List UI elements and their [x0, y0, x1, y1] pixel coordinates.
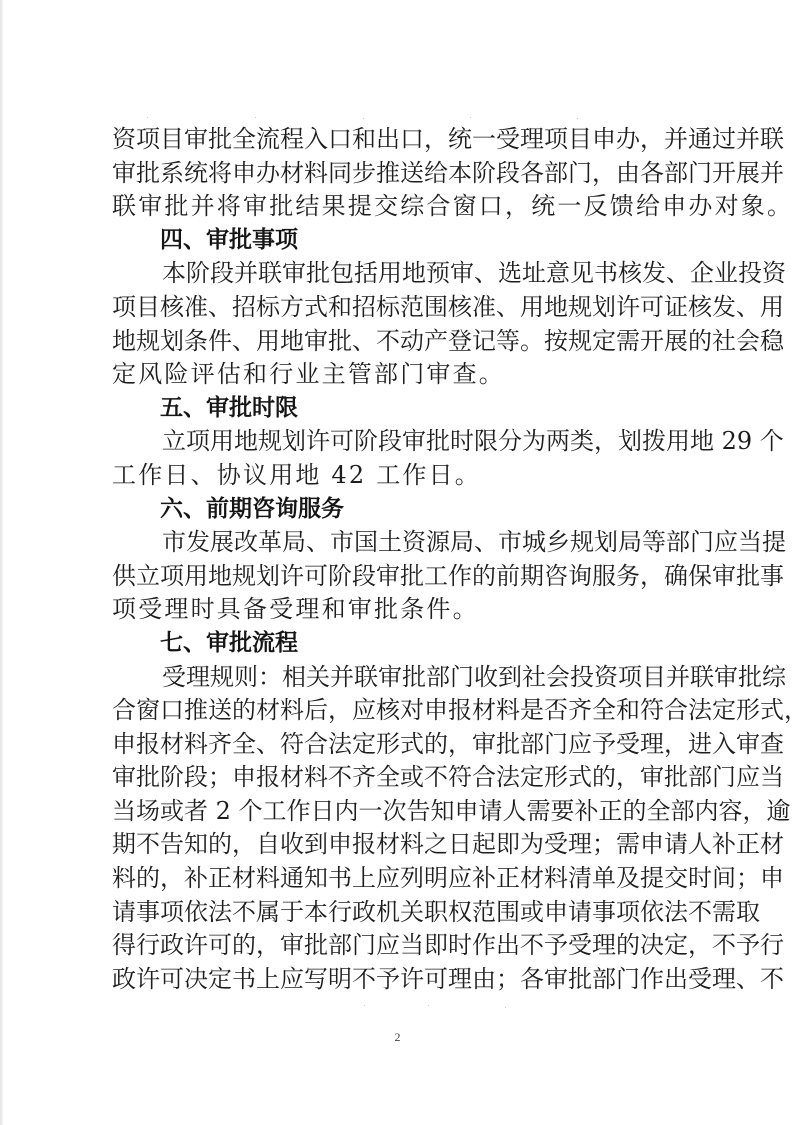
scan-speck: [577, 118, 578, 119]
text-line: 审批系统将申办材料同步推送给本阶段各部门，由各部门开展并: [112, 157, 692, 191]
scan-speck: [727, 805, 728, 806]
document-page: 资项目审批全流程入口和出口，统一受理项目申办，并通过并联 审批系统将申办材料同步…: [112, 123, 692, 996]
scan-speck: [147, 117, 148, 118]
page-number: 2: [0, 1030, 795, 1045]
text-line: 立项用地规划许可阶段审批时限分为两类，划拨用地 29 个: [112, 425, 692, 459]
text-line: 期不告知的，自收到申报材料之日起即为受理；需申请人补正材: [112, 828, 692, 862]
text-line: 请事项依法不属于本行政机关职权范围或申请事项依法不需取: [112, 896, 692, 930]
text-line: 地规划条件、用地审批、不动产登记等。按规定需开展的社会稳: [112, 325, 692, 359]
text-line: 受理规则：相关并联审批部门收到社会投资项目并联审批综: [112, 661, 692, 695]
section-approval-process: 七、审批流程 受理规则：相关并联审批部门收到社会投资项目并联审批综 合窗口推送的…: [112, 627, 692, 997]
section-approval-time-limit: 五、审批时限 立项用地规划许可阶段审批时限分为两类，划拨用地 29 个 工作日、…: [112, 392, 692, 493]
scan-speck: [470, 117, 471, 118]
scan-speck: [722, 712, 723, 713]
text-line: 工作日、协议用地 42 工作日。: [112, 459, 692, 493]
section-heading: 七、审批流程: [112, 627, 692, 661]
section-consulting-service: 六、前期咨询服务 市发展改革局、市国土资源局、市城乡规划局等部门应当提 供立项用…: [112, 493, 692, 627]
scan-speck: [505, 1007, 506, 1008]
text-line: 申报材料齐全、符合法定形式的，审批部门应予受理，进入审查: [112, 728, 692, 762]
scan-speck: [255, 117, 256, 118]
text-line: 项受理时具备受理和审批条件。: [112, 593, 692, 627]
scan-speck: [708, 768, 709, 769]
text-line: 市发展改革局、市国土资源局、市城乡规划局等部门应当提: [112, 526, 692, 560]
scan-edge-shadow: [0, 0, 3, 1125]
text-line: 项目核准、招标方式和招标范围核准、用地规划许可证核发、用: [112, 291, 692, 325]
text-line: 资项目审批全流程入口和出口，统一受理项目申办，并通过并联: [112, 123, 692, 157]
section-heading: 六、前期咨询服务: [112, 493, 692, 527]
text-line: 本阶段并联审批包括用地预审、选址意见书核发、企业投资: [112, 257, 692, 291]
section-approval-items: 四、审批事项 本阶段并联审批包括用地预审、选址意见书核发、企业投资 项目核准、招…: [112, 224, 692, 392]
scan-speck: [715, 686, 716, 687]
text-line: 当场或者 2 个工作日内一次告知申请人需要补正的全部内容，逾: [112, 795, 692, 829]
scan-speck: [364, 1005, 365, 1006]
scan-speck: [363, 118, 364, 119]
section-heading: 五、审批时限: [112, 392, 692, 426]
text-line: 供立项用地规划许可阶段审批工作的前期咨询服务，确保审批事: [112, 560, 692, 594]
intro-paragraph: 资项目审批全流程入口和出口，统一受理项目申办，并通过并联 审批系统将申办材料同步…: [112, 123, 692, 224]
scan-speck: [428, 1005, 429, 1006]
text-line: 得行政许可的，审批部门应当即时作出不予受理的决定，不予行: [112, 929, 692, 963]
section-heading: 四、审批事项: [112, 224, 692, 258]
text-line: 审批阶段；申报材料不齐全或不符合法定形式的，审批部门应当: [112, 761, 692, 795]
text-line: 料的，补正材料通知书上应列明应补正材料清单及提交时间；申: [112, 862, 692, 896]
text-line: 定风险评估和行业主管部门审查。: [112, 358, 692, 392]
text-line: 政许可决定书上应写明不予许可理由；各审批部门作出受理、不: [112, 963, 692, 997]
text-line: 合窗口推送的材料后，应核对申报材料是否齐全和符合法定形式，: [112, 694, 692, 728]
text-line: 联审批并将审批结果提交综合窗口，统一反馈给申办对象。: [112, 190, 692, 224]
